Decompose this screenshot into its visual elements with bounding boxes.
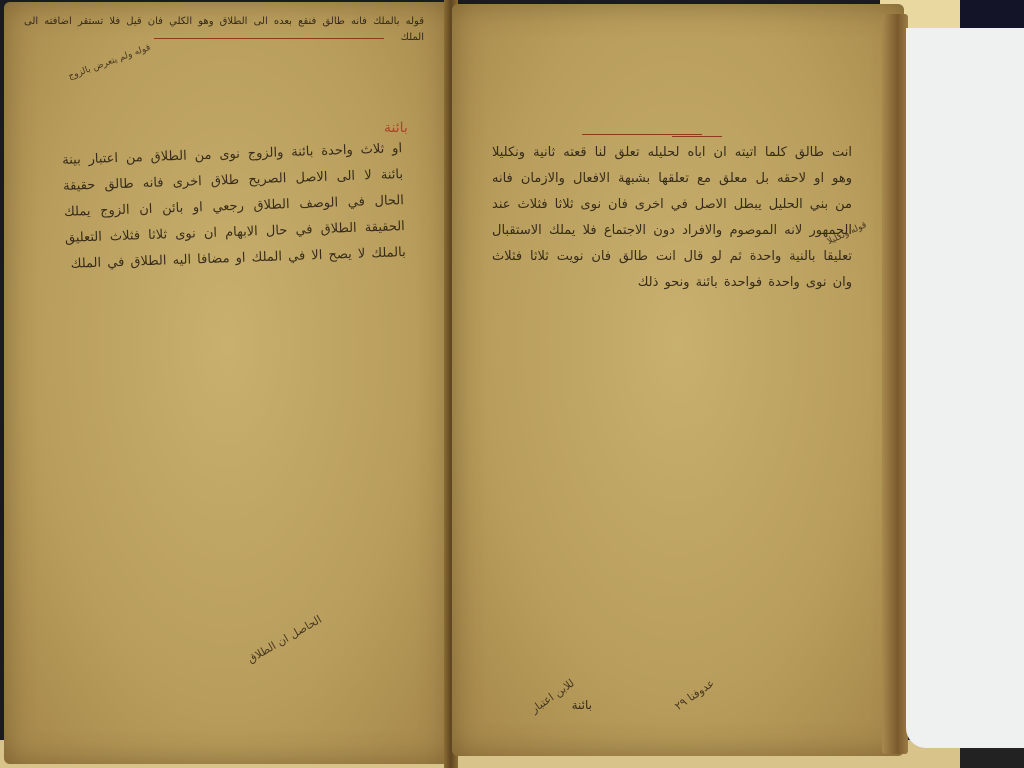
right-page: انت طالق كلما اتيته ان اباه لحليله تعلق …	[452, 4, 904, 756]
left-page-main-text: او ثلاث واحدة بائنة والزوج نوى من الطلاق…	[62, 136, 406, 278]
margin-note: الحاصل ان الطلاق	[144, 613, 324, 724]
margin-note: قوله ولم يتعرض بالزوج	[35, 42, 152, 95]
blank-leaf	[906, 28, 1024, 748]
margin-note: بائنة	[384, 122, 408, 135]
background-dark-corner	[960, 0, 1024, 30]
right-page-main-text: انت طالق كلما اتيته ان اباه لحليله تعلق …	[492, 140, 852, 296]
right-page-footer-word: بائنة	[512, 692, 592, 718]
book-edge	[882, 14, 908, 754]
rule	[154, 38, 384, 39]
rule	[582, 134, 702, 135]
left-page: قوله بالملك فانه طالق فنقع بعده الى الطل…	[4, 2, 450, 764]
rule	[672, 136, 722, 137]
margin-note: عدوفنا ۲۹	[627, 676, 716, 744]
left-page-header: قوله بالملك فانه طالق فنقع بعده الى الطل…	[24, 14, 424, 46]
